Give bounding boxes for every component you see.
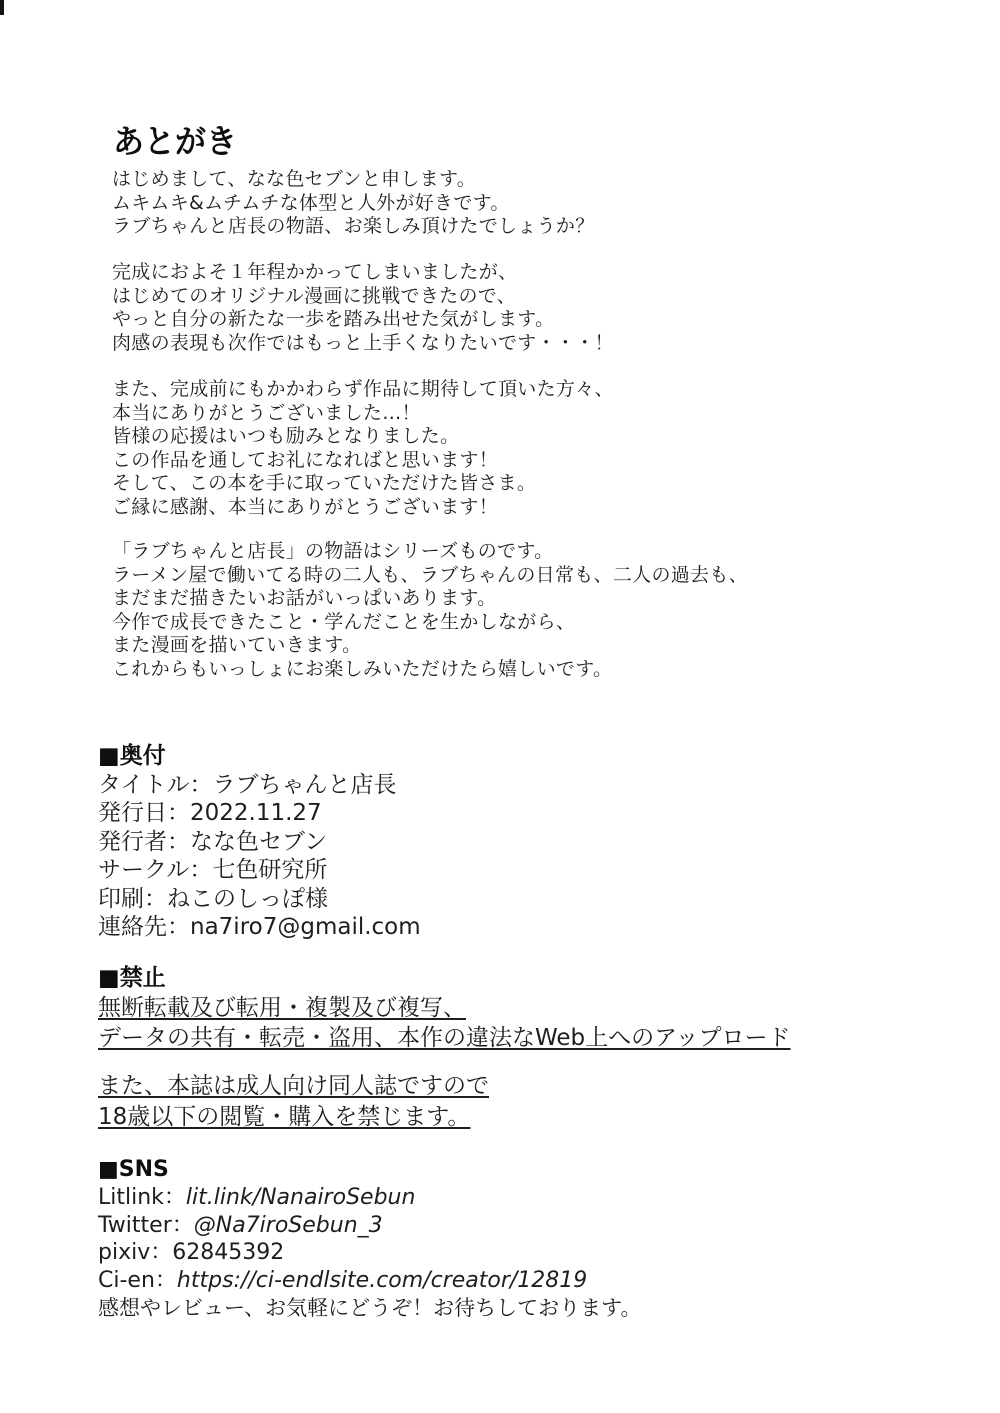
sns-label: Ci-en [98,1268,155,1293]
afterword-line: そして、この本を手に取っていただけた皆さま。 [112,472,614,496]
afterword-line: この作品を通してお礼になればと思います！ [112,449,614,473]
colophon-label: 発行日 [98,800,167,826]
afterword-line: 今作で成長できたこと・学んだことを生かしながら、 [112,611,748,635]
sns-entry-litlink: Litlink：lit.link/NanairoSebun [98,1184,641,1212]
colophon-label: 発行者 [98,829,167,855]
afterword-line: また、完成前にもかかわらず作品に期待して頂いた方々、 [112,378,614,402]
colon-separator: ： [155,1268,177,1293]
colon-separator: ： [190,772,213,798]
notice-line: また、本誌は成人向け同人誌ですので [98,1071,489,1102]
sns-section: ■SNS Litlink：lit.link/NanairoSebun Twitt… [98,1156,641,1323]
colon-separator: ： [172,1213,194,1238]
sns-entry-twitter: Twitter：@Na7iroSebun_3 [98,1212,641,1240]
afterword-line: ラーメン屋で働いてる時の二人も、ラブちゃんの日常も、二人の過去も、 [112,564,748,588]
colophon-value: 七色研究所 [212,857,327,883]
afterword-page: あとがき はじめまして、なな色セブンと申します。 ムキムキ&ムチムチな体型と人外… [0,0,1000,1413]
colophon-entry-contact: 連絡先：na7iro7@gmail.com [98,913,421,942]
sns-value: lit.link/NanairoSebun [186,1185,416,1210]
colon-separator: ： [167,800,190,826]
colophon-entry-circle: サークル：七色研究所 [98,856,421,885]
afterword-line: ご縁に感謝、本当にありがとうございます！ [112,496,614,520]
colon-separator: ： [167,829,190,855]
sns-label: Twitter [98,1213,172,1238]
notice-text: また、本誌は成人向け同人誌ですので [98,1073,489,1099]
afterword-line: ラブちゃんと店長の物語、お楽しみ頂けたでしょうか？ [112,215,595,239]
colophon-entry-date: 発行日：2022.11.27 [98,799,421,828]
afterword-line: 肉感の表現も次作ではもっと上手くなりたいです・・・！ [112,332,614,356]
colophon-label: 印刷 [98,886,144,912]
colophon-value: 2022.11.27 [190,800,322,826]
sns-entry-cien: Ci-en：https://ci-endlsite.com/creator/12… [98,1267,641,1295]
colophon-value: na7iro7@gmail.com [190,914,421,940]
afterword-line: 皆様の応援はいつも励みとなりました。 [112,425,614,449]
afterword-paragraph-4: 「ラブちゃんと店長」の物語はシリーズものです。 ラーメン屋で働いてる時の二人も、… [112,540,748,681]
colon-separator: ： [167,914,190,940]
colon-separator: ： [189,857,212,883]
afterword-line: まだまだ描きたいお話がいっぱいあります。 [112,587,748,611]
prohibition-line: 無断転載及び転用・複製及び複写、 [98,993,791,1023]
sns-value: @Na7iroSebun_3 [194,1213,383,1238]
colon-separator: ： [144,886,167,912]
afterword-line: 「ラブちゃんと店長」の物語はシリーズものです。 [112,540,748,564]
colophon-entry-publisher: 発行者：なな色セブン [98,828,421,857]
afterword-line: 完成におよそ１年程かかってしまいましたが、 [112,261,614,285]
colophon-value: なな色セブン [190,829,327,855]
scan-edge-artifact [0,0,4,15]
sns-value: 62845392 [172,1240,284,1265]
sns-entry-pixiv: pixiv：62845392 [98,1239,641,1267]
prohibition-heading: ■禁止 [98,963,791,993]
sns-footer-message: 感想やレビュー、お気軽にどうぞ！お待ちしております。 [98,1295,641,1323]
sns-label: Litlink [98,1185,164,1210]
colon-separator: ： [150,1240,172,1265]
afterword-line: また漫画を描いていきます。 [112,634,748,658]
afterword-line: はじめまして、なな色セブンと申します。 [112,168,595,192]
colophon-label: サークル [98,857,189,883]
sns-label: pixiv [98,1240,150,1265]
afterword-paragraph-2: 完成におよそ１年程かかってしまいましたが、 はじめてのオリジナル漫画に挑戦できた… [112,261,614,355]
colophon-label: 連絡先 [98,914,167,940]
notice-text: 18歳以下の閲覧・購入を禁じます。 [98,1104,470,1130]
prohibition-text: 無断転載及び転用・複製及び複写、 [98,995,466,1021]
afterword-line: はじめてのオリジナル漫画に挑戦できたので、 [112,285,614,309]
colophon-label: タイトル [98,772,190,798]
colophon-entry-printer: 印刷：ねこのしっぽ様 [98,885,421,914]
sns-heading: ■SNS [98,1156,641,1184]
afterword-paragraph-1: はじめまして、なな色セブンと申します。 ムキムキ&ムチムチな体型と人外が好きです… [112,168,595,239]
sns-value: https://ci-endlsite.com/creator/12819 [177,1268,587,1293]
afterword-line: 本当にありがとうございました…！ [112,402,614,426]
afterword-line: ムキムキ&ムチムチな体型と人外が好きです。 [112,192,595,216]
afterword-line: やっと自分の新たな一歩を踏み出せた気がします。 [112,308,614,332]
colophon-value: ラブちゃんと店長 [213,772,397,798]
afterword-paragraph-3: また、完成前にもかかわらず作品に期待して頂いた方々、 本当にありがとうございまし… [112,378,614,519]
page-title: あとがき [113,115,237,162]
adult-notice: また、本誌は成人向け同人誌ですので 18歳以下の閲覧・購入を禁じます。 [98,1071,489,1133]
prohibition-text: データの共有・転売・盗用、本作の違法なWeb上へのアップロード [98,1025,791,1051]
afterword-line: これからもいっしょにお楽しみいただけたら嬉しいです。 [112,658,748,682]
colophon-section: ■奥付 タイトル：ラブちゃんと店長 発行日：2022.11.27 発行者：なな色… [98,742,421,942]
notice-line: 18歳以下の閲覧・購入を禁じます。 [98,1102,489,1133]
colophon-entry-title: タイトル：ラブちゃんと店長 [98,771,421,800]
prohibition-section: ■禁止 無断転載及び転用・複製及び複写、 データの共有・転売・盗用、本作の違法な… [98,963,791,1053]
prohibition-line: データの共有・転売・盗用、本作の違法なWeb上へのアップロード [98,1023,791,1053]
colophon-value: ねこのしっぽ様 [167,886,328,912]
colon-separator: ： [164,1185,186,1210]
colophon-heading: ■奥付 [98,742,421,771]
